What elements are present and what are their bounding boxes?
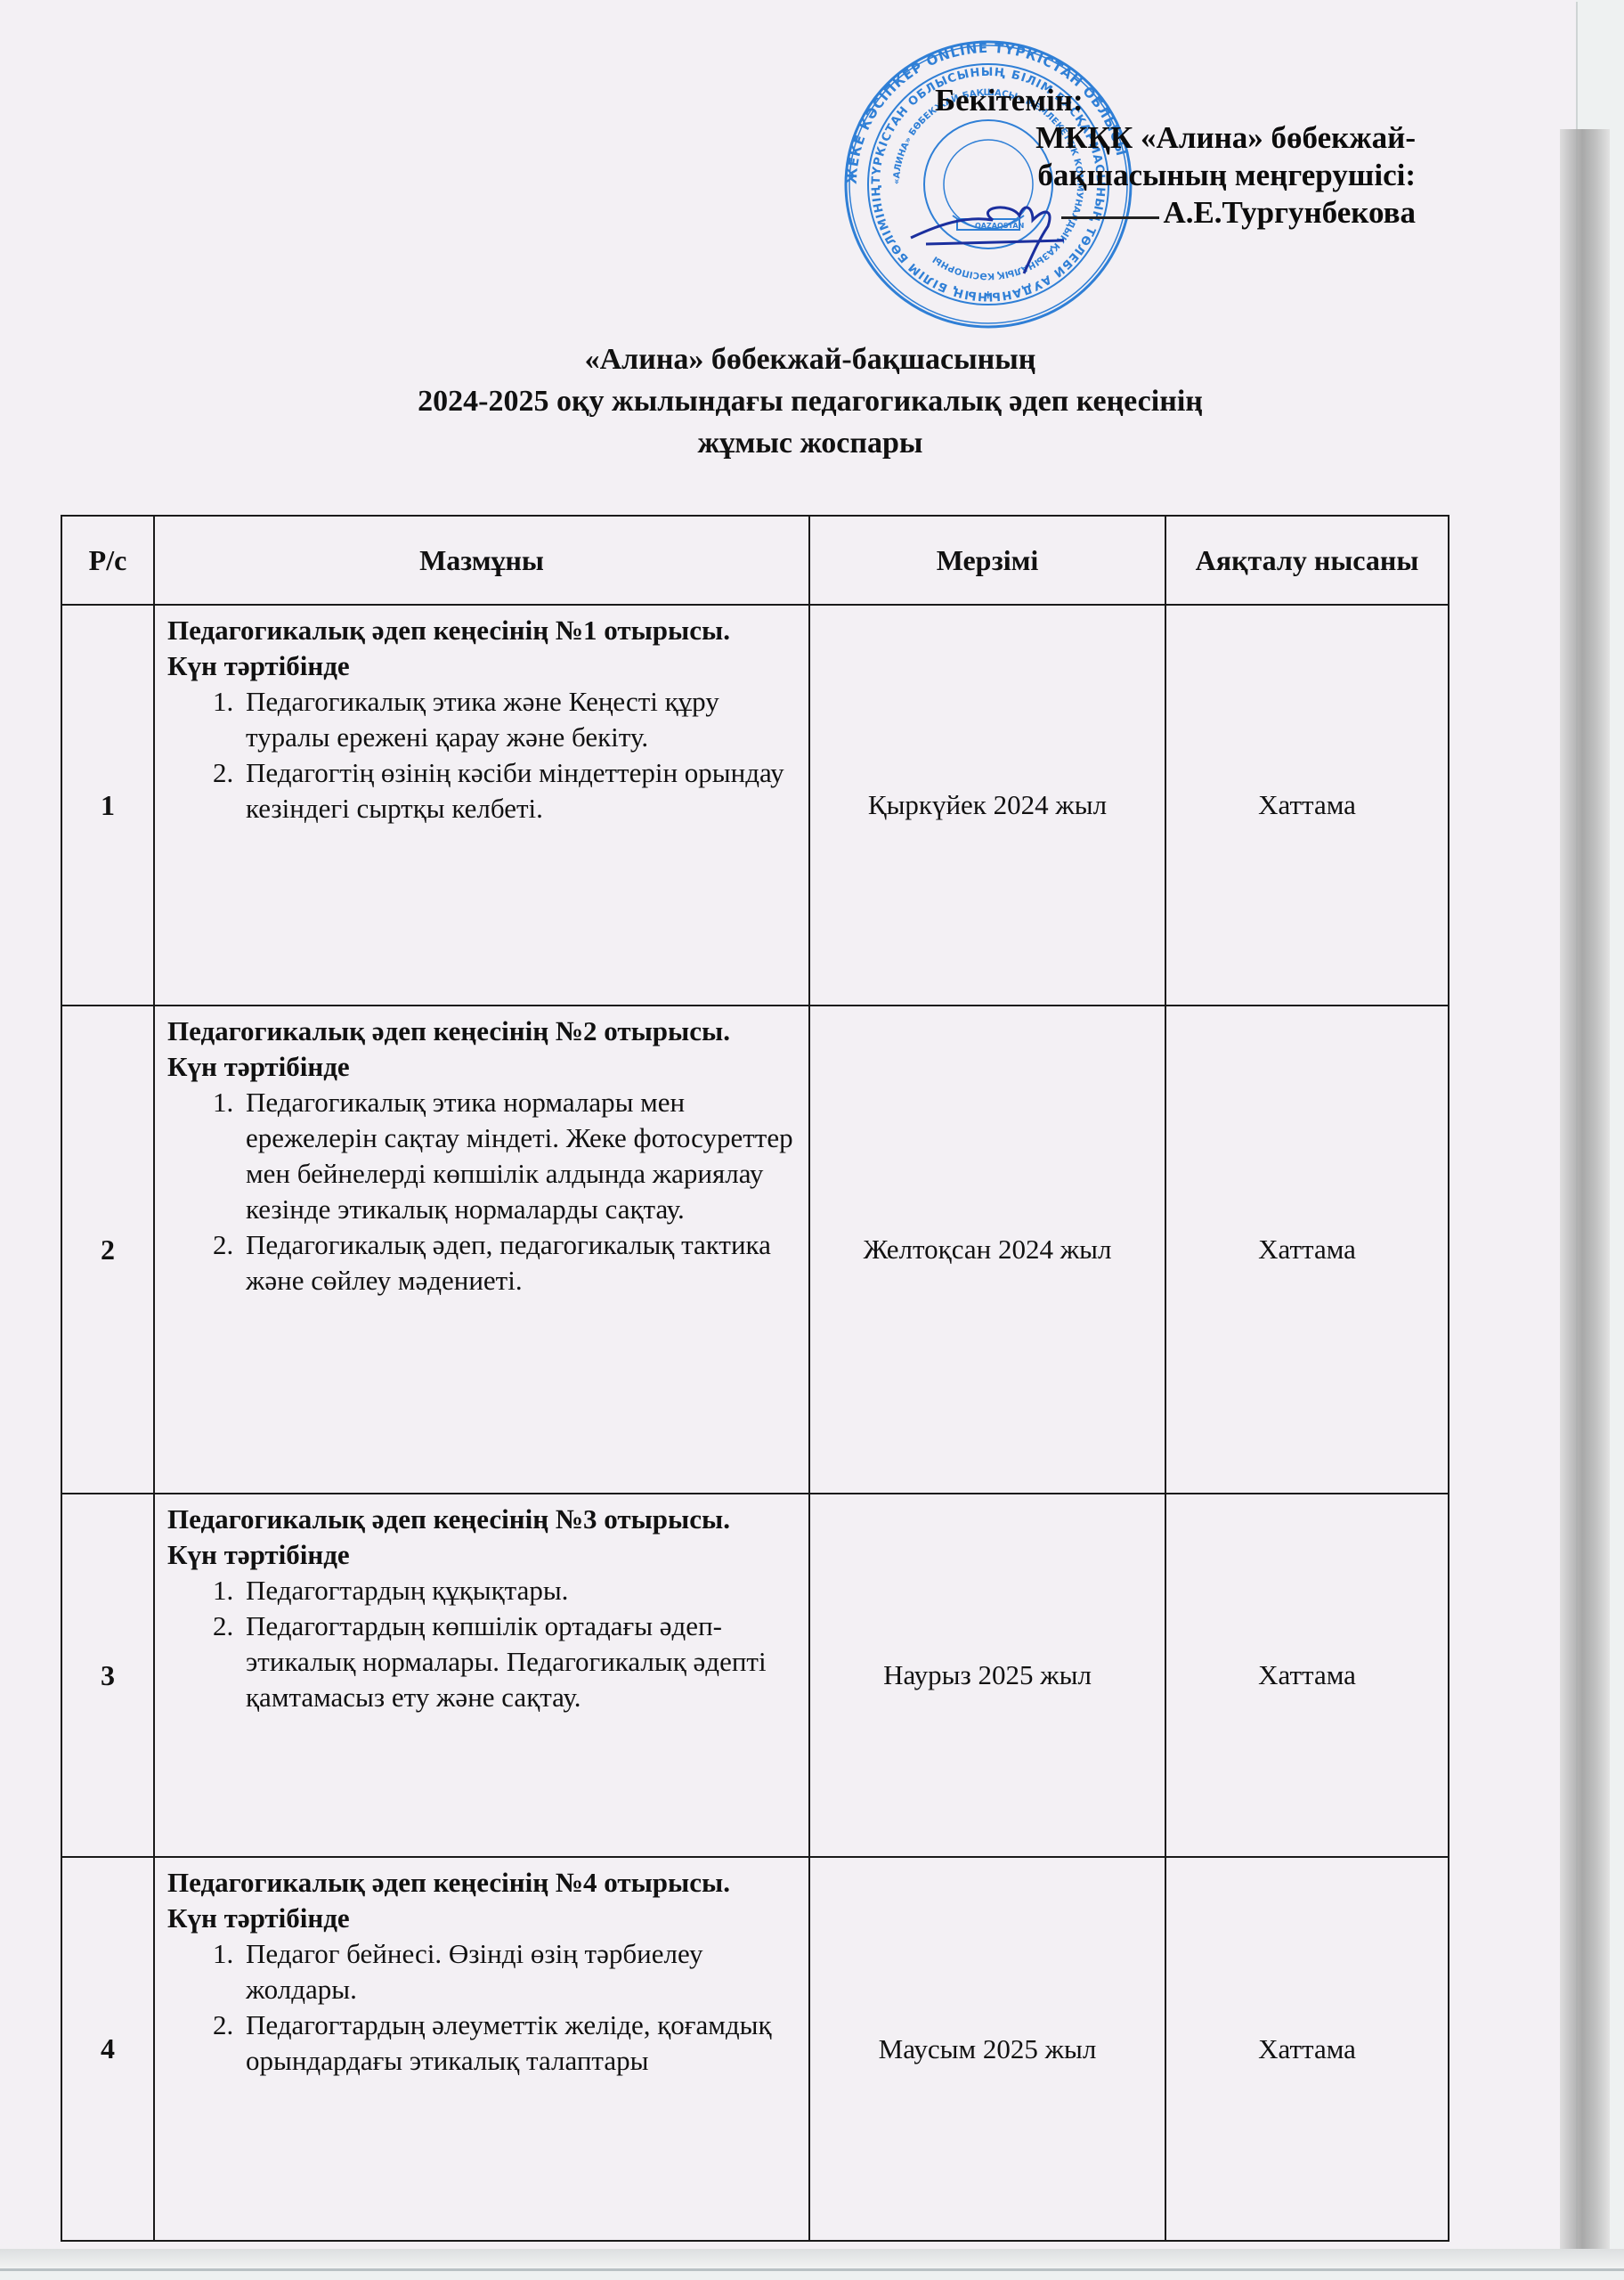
agenda-list: Педагогикалық этика және Кеңесті құру ту… [167, 684, 800, 826]
row-number: 3 [61, 1494, 154, 1857]
agenda-item: Педагог бейнесі. Өзінді өзің тәрбиелеу ж… [240, 1936, 800, 2007]
row-content: Педагогикалық әдеп кеңесінің №1 отырысы.… [154, 605, 809, 1006]
row-date: Наурыз 2025 жыл [809, 1494, 1165, 1857]
approval-signatory: А.Е.Тургунбекова [1163, 195, 1416, 230]
table-row: 2 Педагогикалық әдеп кеңесінің №2 отырыс… [61, 1006, 1449, 1494]
table-row: 1 Педагогикалық әдеп кеңесінің №1 отырыс… [61, 605, 1449, 1006]
title-line-3: жұмыс жоспары [205, 422, 1416, 464]
header-num: Р/с [61, 516, 154, 605]
approval-block: Бекітемін: МКҚК «Алина» бөбекжай- бақшас… [953, 82, 1416, 232]
work-plan-table: Р/с Мазмұны Мерзімі Аяқталу нысаны 1 Пед… [61, 515, 1449, 2242]
scan-bottom-edge [0, 2249, 1624, 2271]
row-completion-form: Хаттама [1165, 1006, 1449, 1494]
title-line-2: 2024-2025 оқу жылындағы педагогикалық әд… [205, 380, 1416, 422]
row-number: 2 [61, 1006, 154, 1494]
agenda-item: Педагогтардың әлеуметтік желіде, қоғамды… [240, 2007, 800, 2079]
document-title: «Алина» бөбекжай-бақшасының 2024-2025 оқ… [205, 338, 1416, 464]
header-date: Мерзімі [809, 516, 1165, 605]
agenda-item: Педагогтің өзінің кәсіби міндеттерін оры… [240, 755, 800, 826]
row-date: Маусым 2025 жыл [809, 1857, 1165, 2241]
row-date: Желтоқсан 2024 жыл [809, 1006, 1165, 1494]
agenda-item: Педагогикалық этика және Кеңесті құру ту… [240, 684, 800, 755]
agenda-label: Күн тәртібінде [167, 1901, 800, 1936]
row-number: 4 [61, 1857, 154, 2241]
row-number: 1 [61, 605, 154, 1006]
row-date: Қыркүйек 2024 жыл [809, 605, 1165, 1006]
header-content: Мазмұны [154, 516, 809, 605]
agenda-label: Күн тәртібінде [167, 648, 800, 684]
agenda-item: Педагогтардың көпшілік ортадағы әдеп-эти… [240, 1608, 800, 1715]
approval-signatory-line: А.Е.Тургунбекова [953, 194, 1416, 232]
document-page: ЖЕКЕ КӘСІПКЕР ONLINE ТҮРКІСТАН ОБЛЫСЫ ТҮ… [0, 0, 1576, 2249]
signature-line [1061, 216, 1159, 219]
table-header-row: Р/с Мазмұны Мерзімі Аяқталу нысаны [61, 516, 1449, 605]
agenda-list: Педагогтардың құқықтары. Педагогтардың к… [167, 1573, 800, 1715]
approval-org-line2: бақшасының меңгерушісі: [953, 157, 1416, 194]
meeting-heading: Педагогикалық әдеп кеңесінің №4 отырысы. [167, 1865, 800, 1901]
title-line-1: «Алина» бөбекжай-бақшасының [205, 338, 1416, 380]
row-completion-form: Хаттама [1165, 1494, 1449, 1857]
svg-text:*: * [984, 289, 993, 307]
scan-edge-artifact [1560, 129, 1610, 2267]
approval-label: Бекітемін: [935, 82, 1398, 119]
agenda-item: Педагогикалық әдеп, педагогикалық тактик… [240, 1227, 800, 1299]
meeting-heading: Педагогикалық әдеп кеңесінің №1 отырысы. [167, 613, 800, 648]
agenda-item: Педагогтардың құқықтары. [240, 1573, 800, 1608]
agenda-item: Педагогикалық этика нормалары мен ережел… [240, 1085, 800, 1227]
approval-org-line1: МКҚК «Алина» бөбекжай- [953, 119, 1416, 157]
agenda-label: Күн тәртібінде [167, 1049, 800, 1085]
table-row: 4 Педагогикалық әдеп кеңесінің №4 отырыс… [61, 1857, 1449, 2241]
meeting-heading: Педагогикалық әдеп кеңесінің №2 отырысы. [167, 1014, 800, 1049]
row-content: Педагогикалық әдеп кеңесінің №4 отырысы.… [154, 1857, 809, 2241]
table-row: 3 Педагогикалық әдеп кеңесінің №3 отырыс… [61, 1494, 1449, 1857]
row-completion-form: Хаттама [1165, 605, 1449, 1006]
agenda-label: Күн тәртібінде [167, 1537, 800, 1573]
agenda-list: Педагогикалық этика нормалары мен ережел… [167, 1085, 800, 1299]
meeting-heading: Педагогикалық әдеп кеңесінің №3 отырысы. [167, 1502, 800, 1537]
header-form: Аяқталу нысаны [1165, 516, 1449, 605]
row-completion-form: Хаттама [1165, 1857, 1449, 2241]
row-content: Педагогикалық әдеп кеңесінің №2 отырысы.… [154, 1006, 809, 1494]
row-content: Педагогикалық әдеп кеңесінің №3 отырысы.… [154, 1494, 809, 1857]
agenda-list: Педагог бейнесі. Өзінді өзің тәрбиелеу ж… [167, 1936, 800, 2079]
